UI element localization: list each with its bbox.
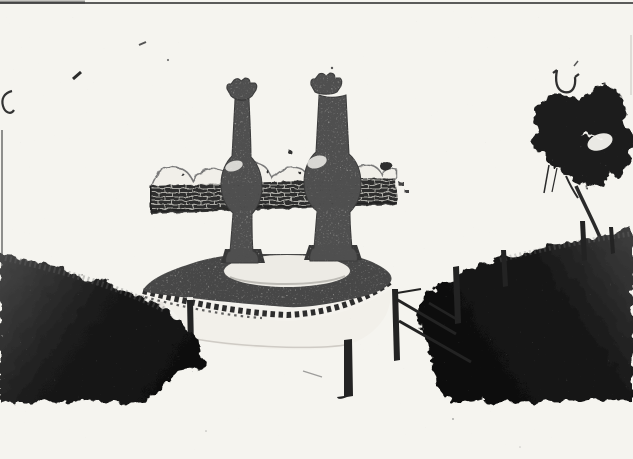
photo-canvas: Stone monument of two bulb-shaped pillar… — [0, 0, 633, 459]
toner-noise-light — [0, 0, 633, 459]
scanned-photo-page: Stone monument of two bulb-shaped pillar… — [0, 0, 633, 459]
